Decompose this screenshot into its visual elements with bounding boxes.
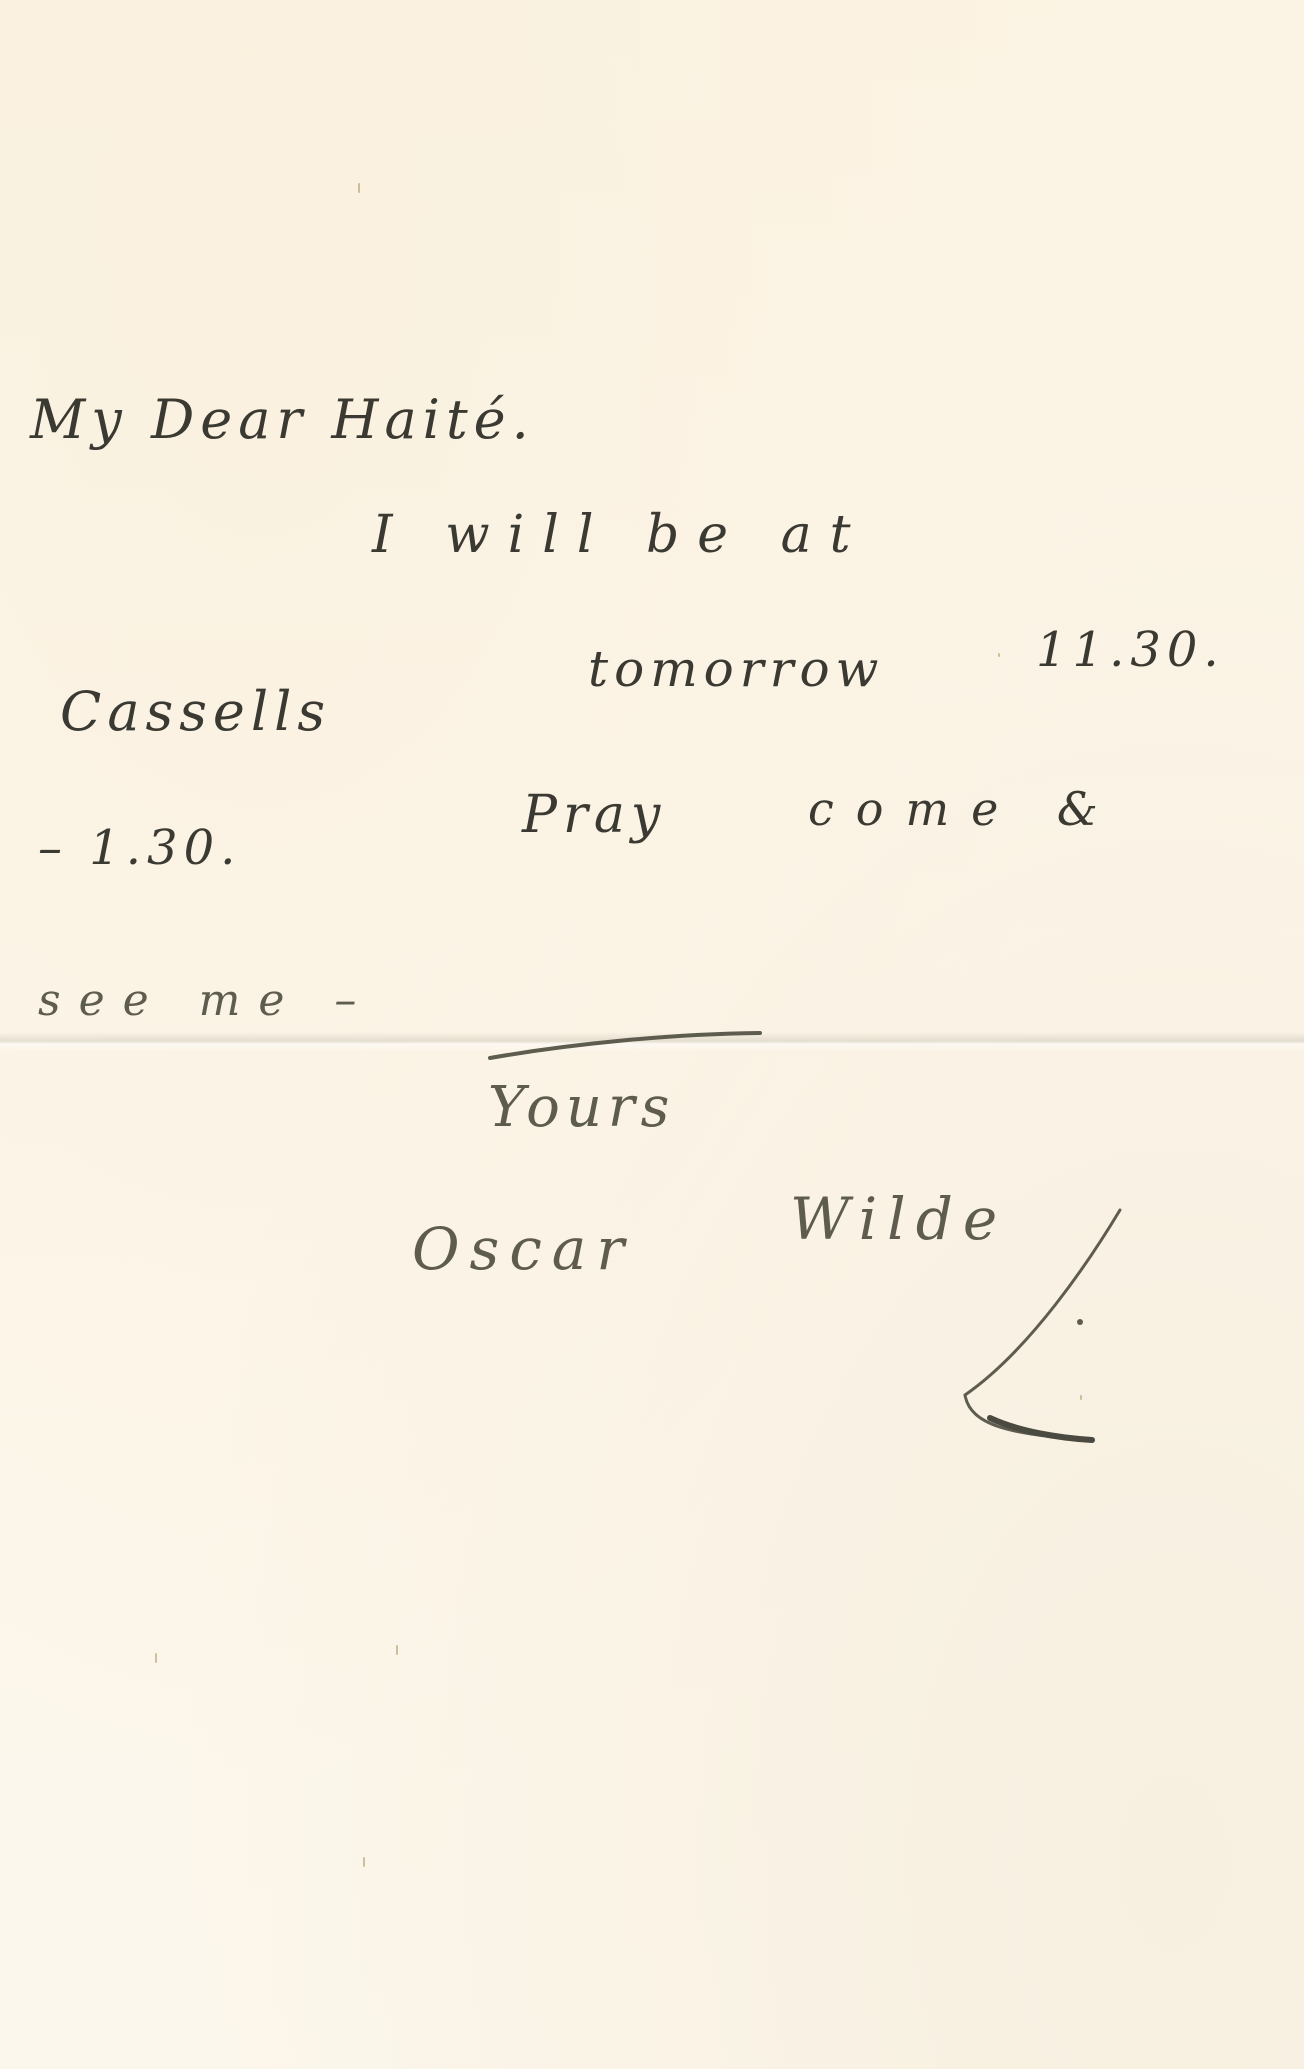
signature-first-name: Oscar (412, 1215, 634, 1283)
tomorrow-text: tomorrow (588, 640, 884, 698)
see-me-text: see me – (38, 975, 374, 1026)
paper-speck (396, 1645, 398, 1655)
body-line-4: see me – (38, 975, 374, 1026)
body-line-2-time: 11.30. (1036, 622, 1225, 678)
come-and-text: come & (808, 782, 1120, 836)
closing-text: Yours (488, 1075, 675, 1140)
cassells-text: Cassells (60, 680, 331, 743)
salutation-my-dear: My Dear Haité. (30, 388, 535, 451)
body-line-3-time-end: – 1.30. (38, 820, 241, 876)
pray-text: Pray (522, 785, 666, 845)
time-start-text: 11.30. (1036, 622, 1225, 678)
paper-speck (358, 183, 360, 193)
paper-speck (155, 1653, 157, 1663)
body-line-3-come: come & (808, 782, 1120, 836)
body-line-2-tomorrow: tomorrow (588, 640, 884, 698)
signature-flourish-icon (950, 1200, 1130, 1450)
paper-speck (363, 1857, 365, 1867)
salutation-text: My Dear Haité. (30, 388, 535, 451)
signature-first-text: Oscar (412, 1215, 634, 1283)
closing-yours: Yours (488, 1075, 675, 1140)
closing-stroke-icon (480, 1030, 780, 1060)
body-line-1-text: I will be at (372, 505, 869, 565)
body-line-3-pray: Pray (522, 785, 666, 845)
paper-speck (998, 653, 1000, 657)
body-line-1: I will be at (372, 505, 869, 565)
time-end-text: – 1.30. (38, 820, 241, 876)
body-line-2-cassells: Cassells (60, 680, 331, 743)
